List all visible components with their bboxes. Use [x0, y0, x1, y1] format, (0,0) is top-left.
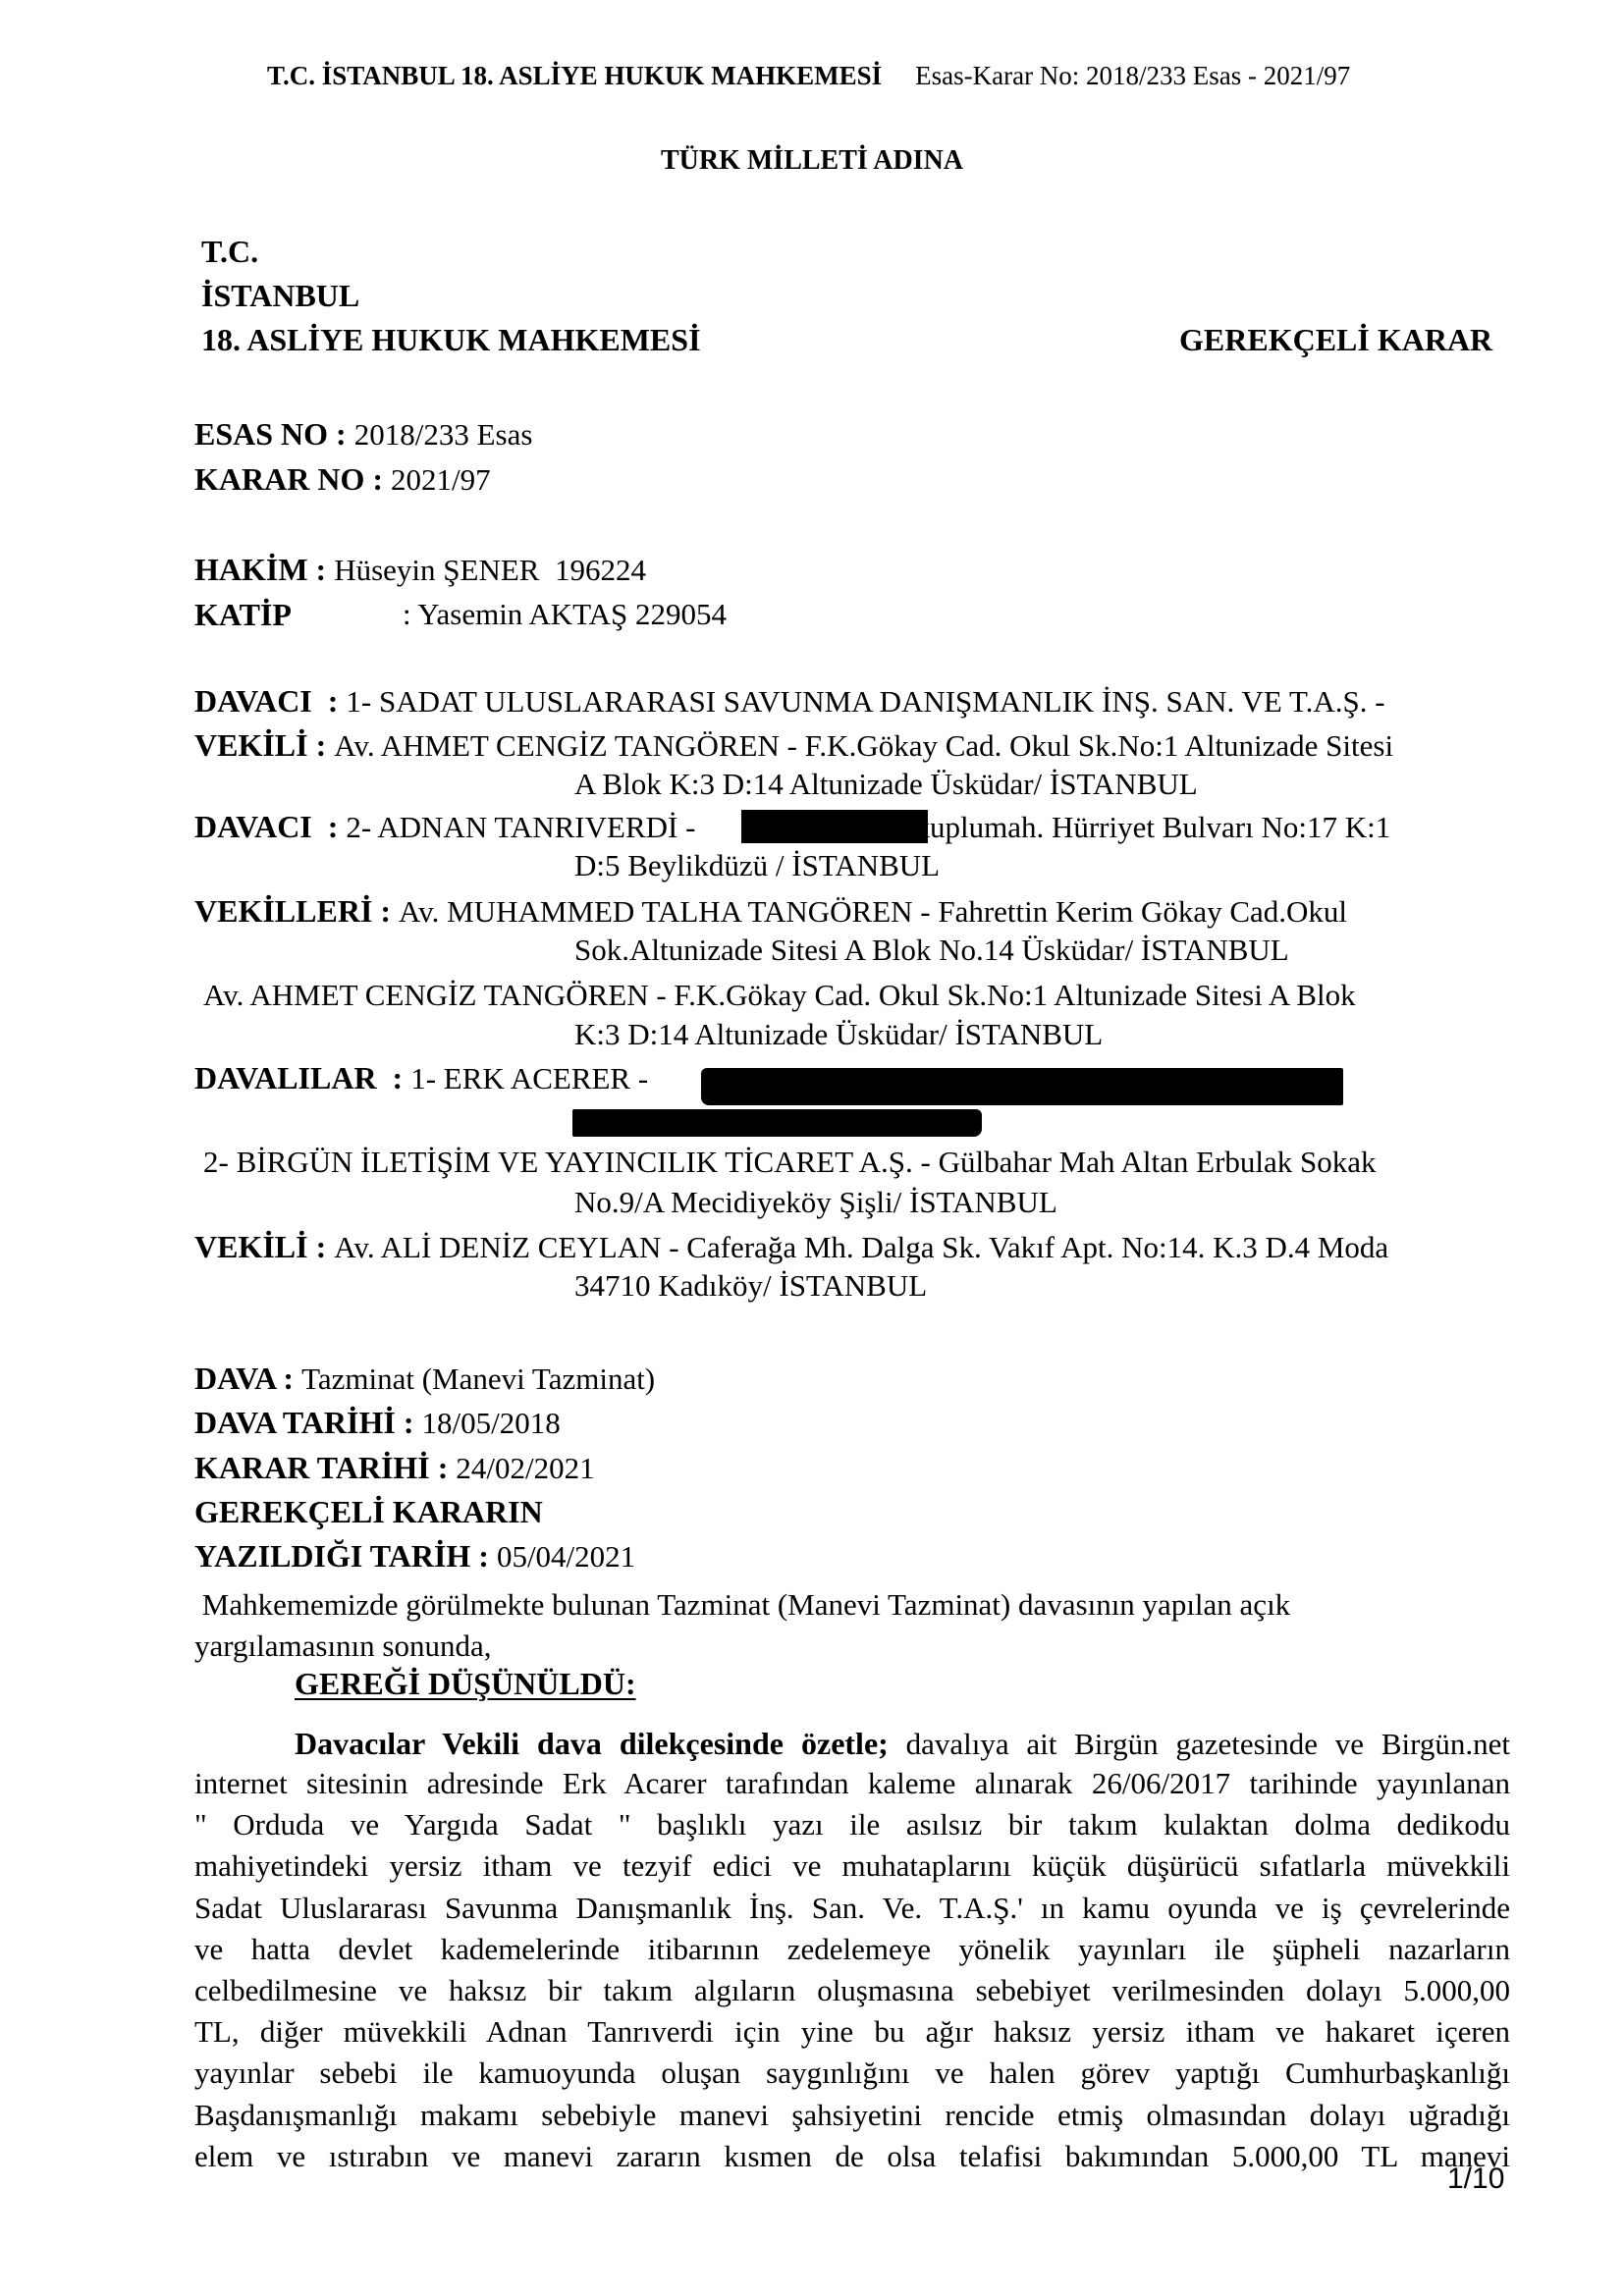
dava: DAVA : Tazminat (Manevi Tazminat) — [194, 1361, 655, 1397]
redaction-block — [572, 1109, 982, 1137]
davaci-2-value-a: 2- ADNAN TANRIVERDİ - — [346, 810, 695, 844]
esas-no-label: ESAS NO : — [194, 416, 354, 452]
vekilleri-line4: K:3 D:14 Altunizade Üsküdar/ İSTANBUL — [574, 1017, 1103, 1052]
esas-no: ESAS NO : 2018/233 Esas — [194, 416, 532, 453]
redaction-block — [701, 1068, 1343, 1105]
paragraph-line: internet sitesinin adresinde Erk Acarer … — [194, 1766, 1510, 1801]
davalilar-2-line2: No.9/A Mecidiyeköy Şişli/ İSTANBUL — [574, 1185, 1057, 1220]
intro-line-1: Mahkememizde görülmekte bulunan Tazminat… — [194, 1587, 1290, 1623]
katip-label: KATİP — [194, 597, 292, 633]
paragraph-line: Başdanışmanlığı makamı sebebiyle manevi … — [194, 2098, 1510, 2133]
davalilar-2-line1: 2- BİRGÜN İLETİŞİM VE YAYINCILIK TİCARET… — [203, 1145, 1377, 1180]
dava-tarihi-value: 18/05/2018 — [421, 1406, 560, 1440]
katip-value: : Yasemin AKTAŞ 229054 — [403, 597, 727, 632]
paragraph-line: Sadat Uluslararası Savunma Danışmanlık İ… — [194, 1891, 1510, 1926]
running-header-court: T.C. İSTANBUL 18. ASLİYE HUKUK MAHKEMESİ — [267, 61, 882, 90]
vekili-2-line2: 34710 Kadıköy/ İSTANBUL — [574, 1268, 927, 1304]
davaci-1-label: DAVACI : — [194, 683, 346, 719]
gerekceli-kararin-label: GEREKÇELİ KARARIN — [194, 1494, 543, 1530]
page-number: 1/10 — [1447, 2163, 1504, 2196]
esas-no-value: 2018/233 Esas — [354, 417, 533, 452]
davaci-2-label: DAVACI : — [194, 809, 346, 844]
vekilleri-line1: Av. MUHAMMED TALHA TANGÖREN - Fahrettin … — [399, 894, 1347, 929]
yazildigi-tarih: YAZILDIĞI TARİH : 05/04/2021 — [194, 1538, 635, 1575]
davalilar-1: DAVALILAR : 1- ERK ACERER - — [194, 1060, 648, 1096]
yazildigi-tarih-label: YAZILDIĞI TARİH : — [194, 1538, 497, 1574]
paragraph-line: yayınlar sebebi ile kamuoyunda oluşan sa… — [194, 2056, 1510, 2091]
dava-label: DAVA : — [194, 1361, 301, 1396]
vekilleri-line2: Sok.Altunizade Sitesi A Blok No.14 Üsküd… — [574, 933, 1289, 968]
hakim: HAKİM : Hüseyin ŞENER 196224 — [194, 552, 646, 588]
karar-tarihi-value: 24/02/2021 — [456, 1451, 594, 1485]
davalilar-label: DAVALILAR : — [194, 1060, 410, 1095]
intro-line-2: yargılamasının sonunda, — [194, 1629, 492, 1664]
karar-no-value: 2021/97 — [391, 462, 491, 497]
karar-tarihi: KARAR TARİHİ : 24/02/2021 — [194, 1450, 595, 1486]
davaci-1: DAVACI : 1- SADAT ULUSLARARASI SAVUNMA D… — [194, 683, 1385, 720]
karar-no: KARAR NO : 2021/97 — [194, 461, 491, 498]
vekili-1-label: VEKİLİ : — [194, 727, 334, 763]
vekili-2: VEKİLİ : Av. ALİ DENİZ CEYLAN - Caferağa… — [194, 1229, 1388, 1265]
vekilleri-line3: Av. AHMET CENGİZ TANGÖREN - F.K.Gökay Ca… — [203, 978, 1356, 1013]
vekili-1-line1: Av. AHMET CENGİZ TANGÖREN - F.K.Gökay Ca… — [334, 728, 1393, 763]
paragraph-line: elem ve ıstırabın ve manevi zararın kısm… — [194, 2139, 1510, 2174]
yazildigi-tarih-value: 05/04/2021 — [497, 1539, 635, 1574]
paragraph-line: celbedilmesine ve haksız bir takım algıl… — [194, 1973, 1510, 2008]
paragraph-line: mahiyetindeki yersiz itham ve tezyif edi… — [194, 1848, 1510, 1884]
karar-no-label: KARAR NO : — [194, 461, 391, 497]
karar-tarihi-label: KARAR TARİHİ : — [194, 1450, 456, 1485]
running-header: T.C. İSTANBUL 18. ASLİYE HUKUK MAHKEMESİ… — [267, 61, 1435, 91]
dava-value: Tazminat (Manevi Tazminat) — [301, 1362, 655, 1396]
davaci-1-value: 1- SADAT ULUSLARARASI SAVUNMA DANIŞMANLI… — [346, 684, 1384, 719]
section-heading: GEREĞİ DÜŞÜNÜLDÜ: — [295, 1666, 636, 1702]
paragraph-line: TL, diğer müvekkili Adnan Tanrıverdi içi… — [194, 2014, 1510, 2050]
document-title: TÜRK MİLLETİ ADINA — [0, 145, 1624, 177]
vekilleri-label: VEKİLLERİ : — [194, 893, 399, 929]
davalilar-1-value: 1- ERK ACERER - — [410, 1061, 648, 1095]
running-header-case-ref: Esas-Karar No: 2018/233 Esas - 2021/97 — [915, 61, 1350, 90]
dava-tarihi-label: DAVA TARİHİ : — [194, 1405, 421, 1440]
paragraph-line-1-rest: davalıya ait Birgün gazetesinde ve Birgü… — [889, 1727, 1510, 1761]
vekili-1: VEKİLİ : Av. AHMET CENGİZ TANGÖREN - F.K… — [194, 727, 1393, 764]
davaci-2-line2: D:5 Beylikdüzü / İSTANBUL — [574, 848, 940, 883]
court-country: T.C. — [201, 234, 258, 270]
vekilleri: VEKİLLERİ : Av. MUHAMMED TALHA TANGÖREN … — [194, 893, 1347, 930]
paragraph-lead: Davacılar Vekili dava dilekçesinde özetl… — [295, 1726, 889, 1761]
paragraph-line: " Orduda ve Yargıda Sadat " başlıklı yaz… — [194, 1807, 1510, 1842]
court-city: İSTANBUL — [201, 278, 359, 314]
hakim-label: HAKİM : — [194, 552, 334, 587]
paragraph-first-line: Davacılar Vekili dava dilekçesinde özetl… — [295, 1726, 1510, 1762]
vekili-1-line2: A Blok K:3 D:14 Altunizade Üsküdar/ İSTA… — [574, 767, 1198, 802]
hakim-value: Hüseyin ŞENER 196224 — [334, 553, 646, 587]
dava-tarihi: DAVA TARİHİ : 18/05/2018 — [194, 1405, 561, 1441]
paragraph-line: ve hatta devlet kademelerinde itibarının… — [194, 1932, 1510, 1967]
davaci-2-value-b: Yakuplumah. Hürriyet Bulvarı No:17 K:1 — [882, 810, 1390, 844]
court-name: 18. ASLİYE HUKUK MAHKEMESİ — [201, 322, 701, 358]
decision-type: GEREKÇELİ KARAR — [1179, 322, 1492, 358]
vekili-2-label: VEKİLİ : — [194, 1229, 334, 1264]
redaction-block — [741, 810, 928, 843]
vekili-2-line1: Av. ALİ DENİZ CEYLAN - Caferağa Mh. Dalg… — [334, 1230, 1388, 1264]
